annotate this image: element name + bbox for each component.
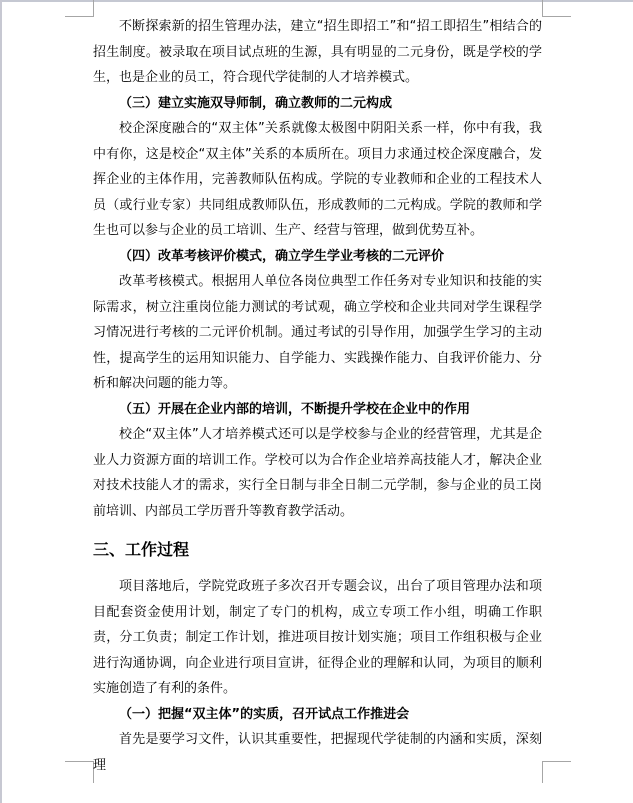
- paragraph: 校企深度融合的“双主体”关系就像太极图中阴阳关系一样，你中有我，我中有你，这是校…: [93, 116, 542, 244]
- document-page: 不断探索新的招生管理办法，建立“招生即招工”和“招工即招生”相结合的招生制度。被…: [0, 0, 633, 803]
- page-top-edge: [0, 0, 633, 2]
- chapter-heading: 三、工作过程: [93, 537, 542, 563]
- section-heading: （五）开展在企业内部的培训，不断提升学校在企业中的作用: [93, 397, 542, 423]
- section-heading: （四）改革考核评价模式，确立学生学业考核的二元评价: [93, 244, 542, 270]
- page-left-edge: [0, 0, 2, 803]
- crop-mark-bottom-left: [65, 761, 94, 783]
- paragraph: 首先是要学习文件，认识其重要性，把握现代学徒制的内涵和实质，深刻理: [93, 727, 542, 778]
- section-heading: （三）建立实施双导师制，确立教师的二元构成: [93, 91, 542, 117]
- crop-mark-bottom-right: [542, 761, 571, 783]
- section-heading: （一）把握“双主体”的实质，召开试点工作推进会: [93, 702, 542, 728]
- paragraph: 项目落地后，学院党政班子多次召开专题会议，出台了项目管理办法和项目配套资金使用计…: [93, 574, 542, 702]
- paragraph: 不断探索新的招生管理办法，建立“招生即招工”和“招工即招生”相结合的招生制度。被…: [93, 14, 542, 91]
- document-text: 不断探索新的招生管理办法，建立“招生即招工”和“招工即招生”相结合的招生制度。被…: [93, 14, 542, 778]
- crop-mark-top-left: [65, 0, 94, 17]
- paragraph: 改革考核模式。根据用人单位各岗位典型工作任务对专业知识和技能的实际需求，树立注重…: [93, 269, 542, 397]
- crop-mark-top-right: [542, 0, 571, 17]
- paragraph: 校企“双主体”人才培养模式还可以是学校参与企业的经营管理，尤其是企业人力资源方面…: [93, 422, 542, 524]
